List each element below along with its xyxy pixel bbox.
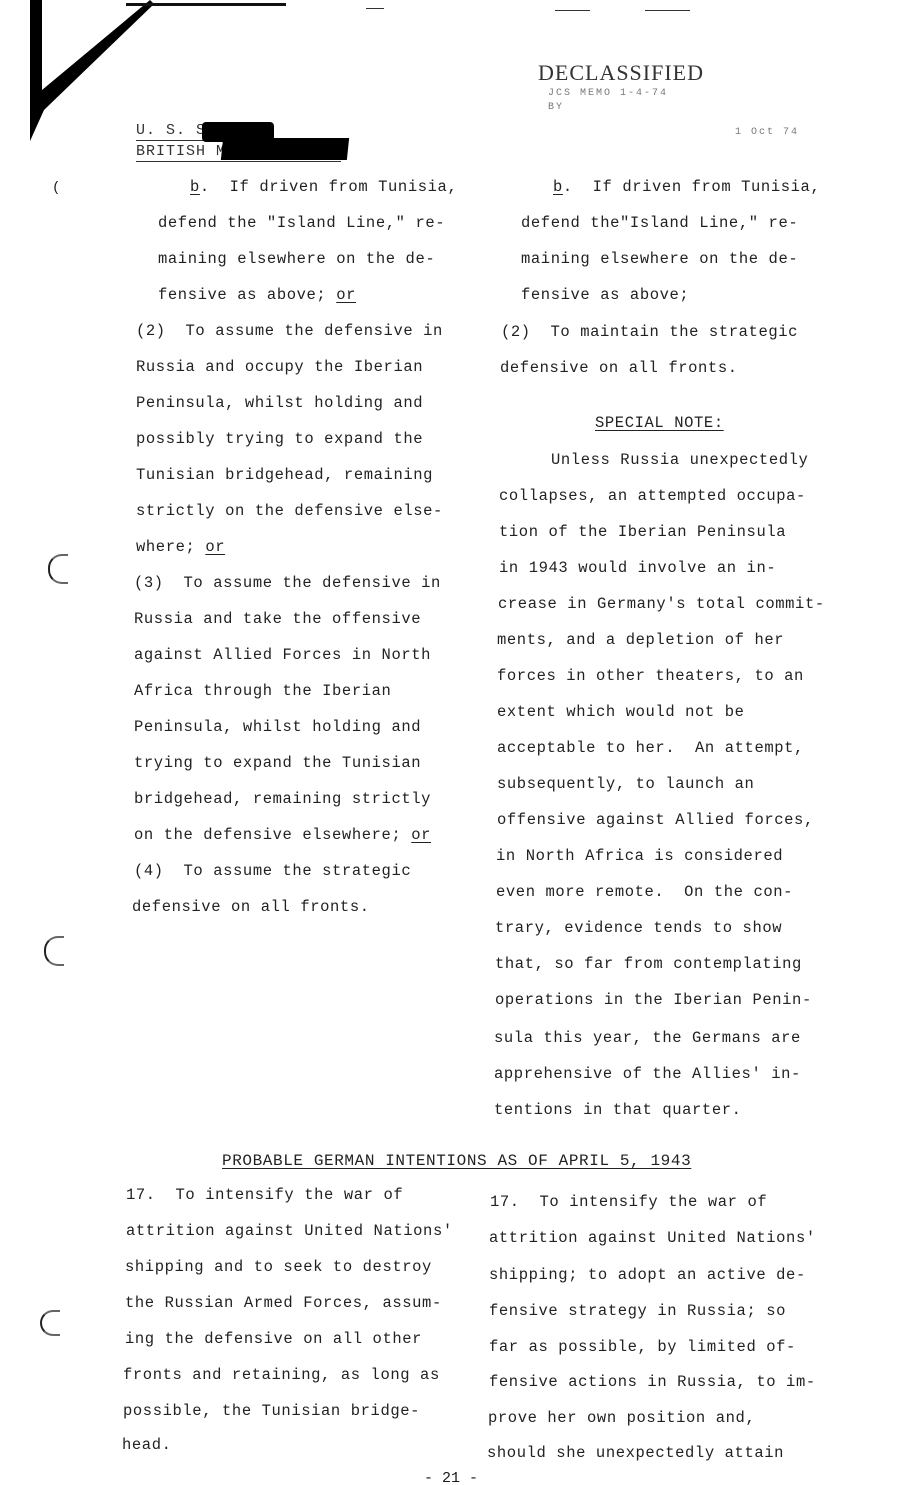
text-line: head. (122, 1436, 172, 1454)
text-line: Peninsula, whilst holding and (134, 718, 421, 736)
stamp-line: BY (548, 102, 564, 113)
line-text: . If driven from Tunisia, (200, 178, 457, 196)
text-line: Unless Russia unexpectedly (551, 451, 808, 469)
text-line: (2) To maintain the strategic (501, 323, 798, 341)
text-line: trying to expand the Tunisian (134, 754, 421, 772)
text-line: crease in Germany's total commit- (498, 595, 825, 613)
text-line: in North Africa is considered (496, 847, 783, 865)
text-line: fensive actions in Russia, to im- (489, 1373, 816, 1391)
text-line: maining elsewhere on the de- (521, 250, 798, 268)
text-line: (3) To assume the defensive in (134, 574, 441, 592)
text-line: collapses, an attempted occupa- (499, 487, 806, 505)
page-number: - 21 - (424, 1470, 478, 1485)
text-line: tentions in that quarter. (494, 1101, 742, 1119)
text-line: sula this year, the Germans are (494, 1029, 801, 1047)
text-line: apprehensive of the Allies' in- (494, 1065, 801, 1083)
text-line: shipping; to adopt an active de- (489, 1266, 806, 1284)
text-line: attrition against United Nations' (126, 1222, 453, 1240)
text-line: forces in other theaters, to an (497, 667, 804, 685)
special-note-heading: SPECIAL NOTE: (595, 414, 724, 432)
text-line: subsequently, to launch an (497, 775, 754, 793)
text-line: 17. To intensify the war of (126, 1186, 403, 1204)
text-line: fronts and retaining, as long as (123, 1366, 440, 1384)
text-line: possible, the Tunisian bridge- (123, 1402, 420, 1420)
text-line: against Allied Forces in North (134, 646, 431, 664)
text-line: operations in the Iberian Penin- (495, 991, 812, 1009)
stamp-line: JCS MEMO 1-4-74 (548, 88, 668, 99)
text-line: that, so far from contemplating (495, 955, 802, 973)
punch-hole-mark (40, 1310, 60, 1336)
margin-mark: ( (52, 180, 60, 196)
text-line: maining elsewhere on the de- (158, 250, 435, 268)
line-text: where; (136, 538, 205, 556)
text-line: Peninsula, whilst holding and (136, 394, 423, 412)
text-line: prove her own position and, (488, 1409, 755, 1427)
text-line: defend the"Island Line," re- (521, 214, 798, 232)
text-line: fensive strategy in Russia; so (489, 1302, 786, 1320)
or-connector: or (205, 538, 225, 556)
text-line: (2) To assume the defensive in (136, 322, 443, 340)
text-line: far as possible, by limited of- (489, 1338, 796, 1356)
section-heading: PROBABLE GERMAN INTENTIONS AS OF APRIL 5… (222, 1152, 691, 1170)
top-dash (645, 10, 690, 11)
stamp-line: 1 Oct 74 (735, 127, 799, 138)
text-line: should she unexpectedly attain (487, 1444, 784, 1462)
text-line: shipping and to seek to destroy (125, 1258, 432, 1276)
text-line: b. If driven from Tunisia, (553, 178, 820, 196)
top-rule (126, 3, 286, 6)
text-line: the Russian Armed Forces, assum- (125, 1294, 442, 1312)
text-line: bridgehead, remaining strictly (134, 790, 431, 808)
text-line: in 1943 would involve an in- (499, 559, 776, 577)
text-line: extent which would not be (497, 703, 745, 721)
text-line: defensive on all fronts. (132, 898, 370, 916)
text-line: Africa through the Iberian (134, 682, 391, 700)
top-dash (555, 10, 590, 11)
item-label-b: b (553, 178, 563, 196)
text-line: where; or (136, 538, 225, 556)
redaction-bar (221, 138, 349, 160)
text-line: fensive as above; or (158, 286, 356, 304)
text-line: defend the "Island Line," re- (158, 214, 445, 232)
declassified-stamp: DECLASSIFIED (538, 60, 704, 86)
line-text: on the defensive elsewhere; (134, 826, 411, 844)
text-line: acceptable to her. An attempt, (497, 739, 804, 757)
text-line: on the defensive elsewhere; or (134, 826, 431, 844)
top-dash (366, 8, 384, 9)
text-line: Tunisian bridgehead, remaining (136, 466, 433, 484)
item-label-b: b (190, 178, 200, 196)
text-line: ing the defensive on all other (125, 1330, 422, 1348)
text-line: defensive on all fronts. (500, 359, 738, 377)
classification-underline (136, 161, 341, 162)
text-line: fensive as above; (521, 286, 689, 304)
text-line: Russia and take the offensive (134, 610, 421, 628)
text-line: Russia and occupy the Iberian (136, 358, 423, 376)
or-connector: or (411, 826, 431, 844)
text-line: ments, and a depletion of her (497, 631, 784, 649)
line-text: fensive as above; (158, 286, 336, 304)
text-line: (4) To assume the strategic (134, 862, 411, 880)
text-line: strictly on the defensive else- (136, 502, 443, 520)
text-line: trary, evidence tends to show (495, 919, 782, 937)
text-line: possibly trying to expand the (136, 430, 423, 448)
punch-hole-mark (48, 554, 68, 584)
text-line: tion of the Iberian Peninsula (499, 523, 786, 541)
punch-hole-mark (44, 936, 64, 966)
or-connector: or (336, 286, 356, 304)
text-line: even more remote. On the con- (496, 883, 793, 901)
text-line: 17. To intensify the war of (490, 1193, 767, 1211)
text-line: offensive against Allied forces, (497, 811, 814, 829)
line-text: . If driven from Tunisia, (563, 178, 820, 196)
text-line: b. If driven from Tunisia, (190, 178, 457, 196)
text-line: attrition against United Nations' (489, 1229, 816, 1247)
